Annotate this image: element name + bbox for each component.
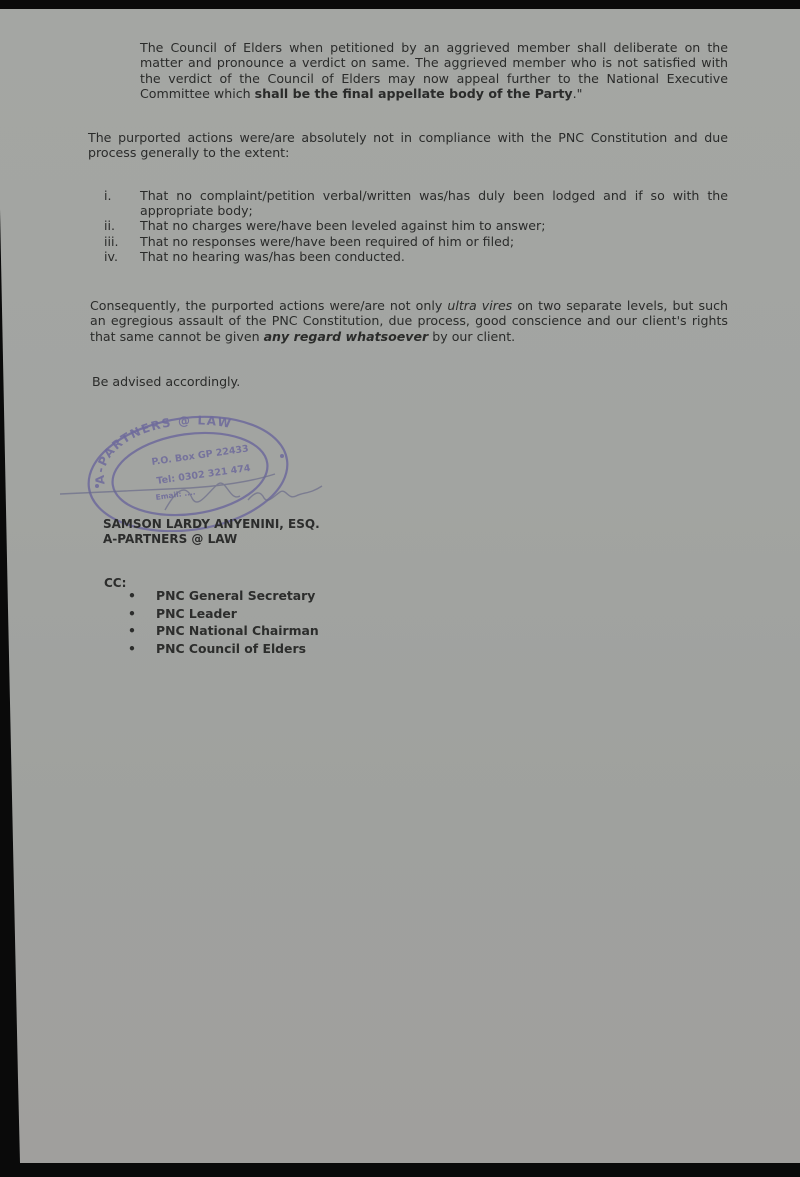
bullet-icon: •	[128, 640, 156, 658]
cc-recipient-name: PNC Leader	[156, 605, 237, 623]
signer-firm: A-PARTNERS @ LAW	[103, 532, 320, 547]
list-text: That no hearing was/has been conducted.	[140, 249, 728, 264]
signer-name: SAMSON LARDY ANYENINI, ESQ.	[103, 517, 320, 532]
emphasis-text: any regard whatsoever	[264, 329, 429, 344]
list-text: That no responses were/have been require…	[140, 234, 728, 249]
list-number: i.	[104, 188, 140, 218]
bullet-icon: •	[128, 622, 156, 640]
list-item: ii.That no charges were/have been levele…	[104, 218, 728, 233]
cc-recipient: •PNC Leader	[128, 605, 319, 623]
letter-content: The Council of Elders when petitioned by…	[0, 0, 800, 1177]
cc-label: CC:	[104, 576, 126, 591]
cc-recipient-name: PNC National Chairman	[156, 622, 319, 640]
list-text: That no charges were/have been leveled a…	[140, 218, 728, 233]
list-number: iv.	[104, 249, 140, 264]
bullet-icon: •	[128, 605, 156, 623]
document-photo: The Council of Elders when petitioned by…	[0, 0, 800, 1177]
cc-recipient-name: PNC General Secretary	[156, 587, 315, 605]
compliance-paragraph: The purported actions were/are absolutel…	[88, 130, 728, 161]
cc-recipient: •PNC General Secretary	[128, 587, 319, 605]
points-list: i.That no complaint/petition verbal/writ…	[104, 188, 728, 264]
closing-line: Be advised accordingly.	[92, 374, 240, 389]
quote-end: ."	[573, 86, 583, 101]
ultra-vires-text: ultra vires	[447, 298, 512, 313]
list-number: iii.	[104, 234, 140, 249]
consequence-text: by our client.	[428, 329, 515, 344]
cc-recipient: •PNC National Chairman	[128, 622, 319, 640]
consequence-text: Consequently, the purported actions were…	[90, 298, 447, 313]
bullet-icon: •	[128, 587, 156, 605]
cc-recipient-name: PNC Council of Elders	[156, 640, 306, 658]
cc-recipient: •PNC Council of Elders	[128, 640, 319, 658]
quoted-clause: The Council of Elders when petitioned by…	[140, 40, 728, 102]
list-text: That no complaint/petition verbal/writte…	[140, 188, 728, 218]
signature-block: SAMSON LARDY ANYENINI, ESQ. A-PARTNERS @…	[103, 517, 320, 547]
cc-list: •PNC General Secretary •PNC Leader •PNC …	[128, 587, 319, 657]
list-number: ii.	[104, 218, 140, 233]
law-firm-stamp-icon: A-PARTNERS @ LAW P.O. Box GP 22433 Tel: …	[60, 412, 330, 532]
list-item: iii.That no responses were/have been req…	[104, 234, 728, 249]
list-item: i.That no complaint/petition verbal/writ…	[104, 188, 728, 218]
quote-bold: shall be the final appellate body of the…	[255, 86, 573, 101]
consequence-paragraph: Consequently, the purported actions were…	[90, 298, 728, 344]
list-item: iv.That no hearing was/has been conducte…	[104, 249, 728, 264]
